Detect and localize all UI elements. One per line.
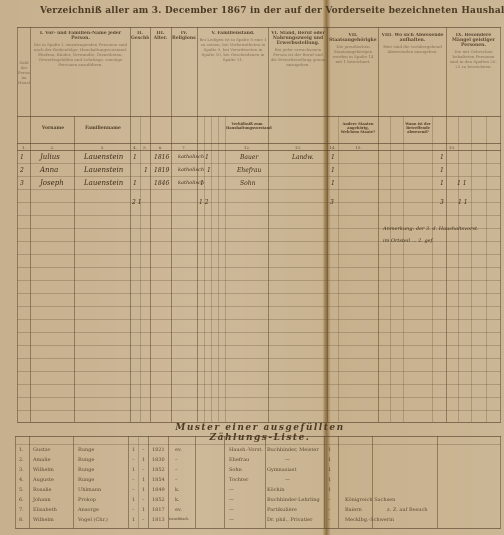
row-rule (17, 319, 501, 320)
entry-1-number: 1 (20, 154, 24, 161)
col-line (218, 116, 219, 422)
col-num: 3. (75, 145, 130, 150)
entry-3-extra: 1 1 (457, 180, 467, 187)
entry-1-beruf: Bauer (240, 154, 258, 161)
col-line (204, 116, 205, 422)
entry-2-beruf: Ehefrau (237, 167, 261, 174)
entry-3-preussen: 1 (331, 180, 335, 187)
entry-2-familienstand: 1 (207, 167, 211, 174)
row-rule (17, 345, 501, 346)
entry-3-anwesend: 1 (440, 180, 444, 187)
col-num: 13. (269, 145, 327, 150)
entry-1-geburtsjahr: 1816 (154, 154, 169, 161)
entry-2-familienname: Lauenstein (84, 166, 123, 174)
col-line (268, 27, 269, 422)
total-preussen: 3 (330, 199, 334, 206)
header-sub-rule (17, 116, 501, 117)
header-col-IV: IV. Religionsbekenntniß. (172, 31, 196, 113)
col-line (197, 27, 198, 422)
row-rule (17, 397, 501, 398)
entry-1-stellung: Landw. (292, 154, 314, 161)
col-line (225, 116, 226, 422)
subheader-andere-staaten: Andere Staaten angehörig, Welchem Staate… (339, 122, 377, 134)
col-line (403, 116, 404, 422)
row-rule (17, 254, 501, 255)
row-rule (17, 358, 501, 359)
entry-2-number: 2 (20, 167, 24, 174)
col-num: 14. (327, 145, 338, 150)
column-number-rule (17, 150, 501, 151)
entry-1-familienstand: 1 (205, 154, 209, 161)
row-rule (17, 163, 501, 164)
col-line (17, 27, 18, 422)
entry-1-maennlich: 1 (133, 154, 137, 161)
row-rule (17, 189, 501, 190)
header-col-I: I. Vor- und Familien-Name jeder Person.D… (33, 31, 128, 113)
row-rule (17, 202, 501, 203)
col-line (378, 27, 379, 422)
entry-3-geburtsjahr: 1846 (154, 180, 169, 187)
specimen-bottom-rule (15, 528, 501, 529)
specimen-top-rule (15, 436, 501, 437)
row-rule (17, 371, 501, 372)
col-line (486, 116, 487, 422)
census-form-page: Verzeichniß aller am 3. December 1867 in… (0, 0, 504, 535)
entry-2-anwesend: 1 (440, 167, 444, 174)
subheader-familienname: Familienname (76, 126, 130, 131)
header-col-V: V. Familienstand.Bei Ledigen ist in Spal… (199, 31, 267, 113)
header-col-IX: IX. Besondere Mängel geistiger Personen.… (448, 33, 499, 113)
col-line (446, 27, 447, 422)
col-num: 2. (31, 145, 74, 150)
total-familienstand: 1 2 (199, 199, 209, 206)
col-line (432, 116, 433, 422)
entry-1-preussen: 1 (331, 154, 335, 161)
row-rule (17, 332, 501, 333)
entry-3-maennlich: 1 (133, 180, 137, 187)
entry-2-religion: katholisch (178, 167, 204, 173)
entry-3-familienname: Lauenstein (84, 179, 123, 187)
row-rule (17, 176, 501, 177)
col-line (211, 116, 212, 422)
col-num: 4. (130, 145, 140, 150)
total-geschlecht: 2 1 (132, 199, 142, 206)
col-num: 5. (140, 145, 150, 150)
entry-3-number: 3 (20, 180, 24, 187)
header-col-II: II. Geschlecht. (131, 31, 149, 113)
col-num: 6. (150, 145, 171, 150)
col-line (338, 116, 339, 422)
entry-1-vorname: Julius (40, 153, 60, 161)
specimen-row: 8.WilhelmVogel (Chr.)1–1813israelitisch—… (15, 515, 501, 527)
header-col-VIII: VIII. Wo sich Abwesende aufhalten.Hier s… (380, 33, 445, 113)
header-bottom-rule (17, 143, 501, 144)
entry-2-weiblich: 1 (144, 167, 148, 174)
header-count-column: Zahl der Personen im Haushalte (18, 60, 30, 85)
col-num: 12. (226, 145, 268, 150)
note-line-2: im Ortsteil ... 2. gef. (383, 238, 434, 244)
col-line (500, 27, 501, 422)
note-line-1: Anmerkung: der 3. d. Haushaltsvorst. (383, 226, 479, 232)
entry-1-anwesend: 1 (440, 154, 444, 161)
entry-3-beruf: Sohn (240, 180, 255, 187)
col-line (471, 116, 472, 422)
total-anwesend: 3 (440, 199, 444, 206)
row-rule (17, 293, 501, 294)
col-num: 19. (446, 145, 458, 150)
row-rule (17, 280, 501, 281)
subheader-abwesend-wann: Wann ist der Betreffende abwesend? (404, 122, 432, 134)
entry-1-familienname: Lauenstein (84, 153, 123, 161)
row-rule (17, 384, 501, 385)
entry-2-preussen: 1 (331, 167, 335, 174)
col-line (327, 27, 328, 422)
header-col-VII: VII. Staatsangehörigkeit.Die preußischen… (329, 33, 377, 113)
col-line (30, 27, 31, 422)
header-top-rule (17, 27, 501, 28)
entry-2-vorname: Anna (40, 166, 58, 174)
col-num: 1. (18, 145, 30, 150)
entry-3-vorname: Joseph (40, 179, 64, 187)
col-num: 15. (339, 145, 378, 150)
col-line (74, 116, 75, 422)
row-rule (17, 306, 501, 307)
header-col-III: III. Alter. (151, 31, 170, 113)
form-title: Verzeichniß aller am 3. December 1867 in… (40, 6, 500, 16)
row-rule (17, 410, 501, 411)
col-line (140, 116, 141, 422)
entry-3-familienstand: 1 (200, 180, 204, 187)
specimen-title: Muster einer ausgefüllten Zählungs-Liste… (150, 423, 370, 443)
entry-1-religion: katholisch (178, 154, 204, 160)
col-line (458, 116, 459, 422)
entry-2-geburtsjahr: 1819 (154, 167, 169, 174)
subheader-verhaeltnis: Verhältniß zum Haushaltungsvorstand (226, 122, 268, 130)
row-rule (17, 267, 501, 268)
row-rule (17, 215, 501, 216)
header-col-VI: VI. Stand, Beruf oder Nahrungszweig und … (270, 31, 326, 113)
subheader-vorname: Vorname (32, 126, 74, 131)
col-num: 7. (171, 145, 197, 150)
total-extra: 1 1 (458, 199, 468, 206)
col-line (390, 116, 391, 422)
